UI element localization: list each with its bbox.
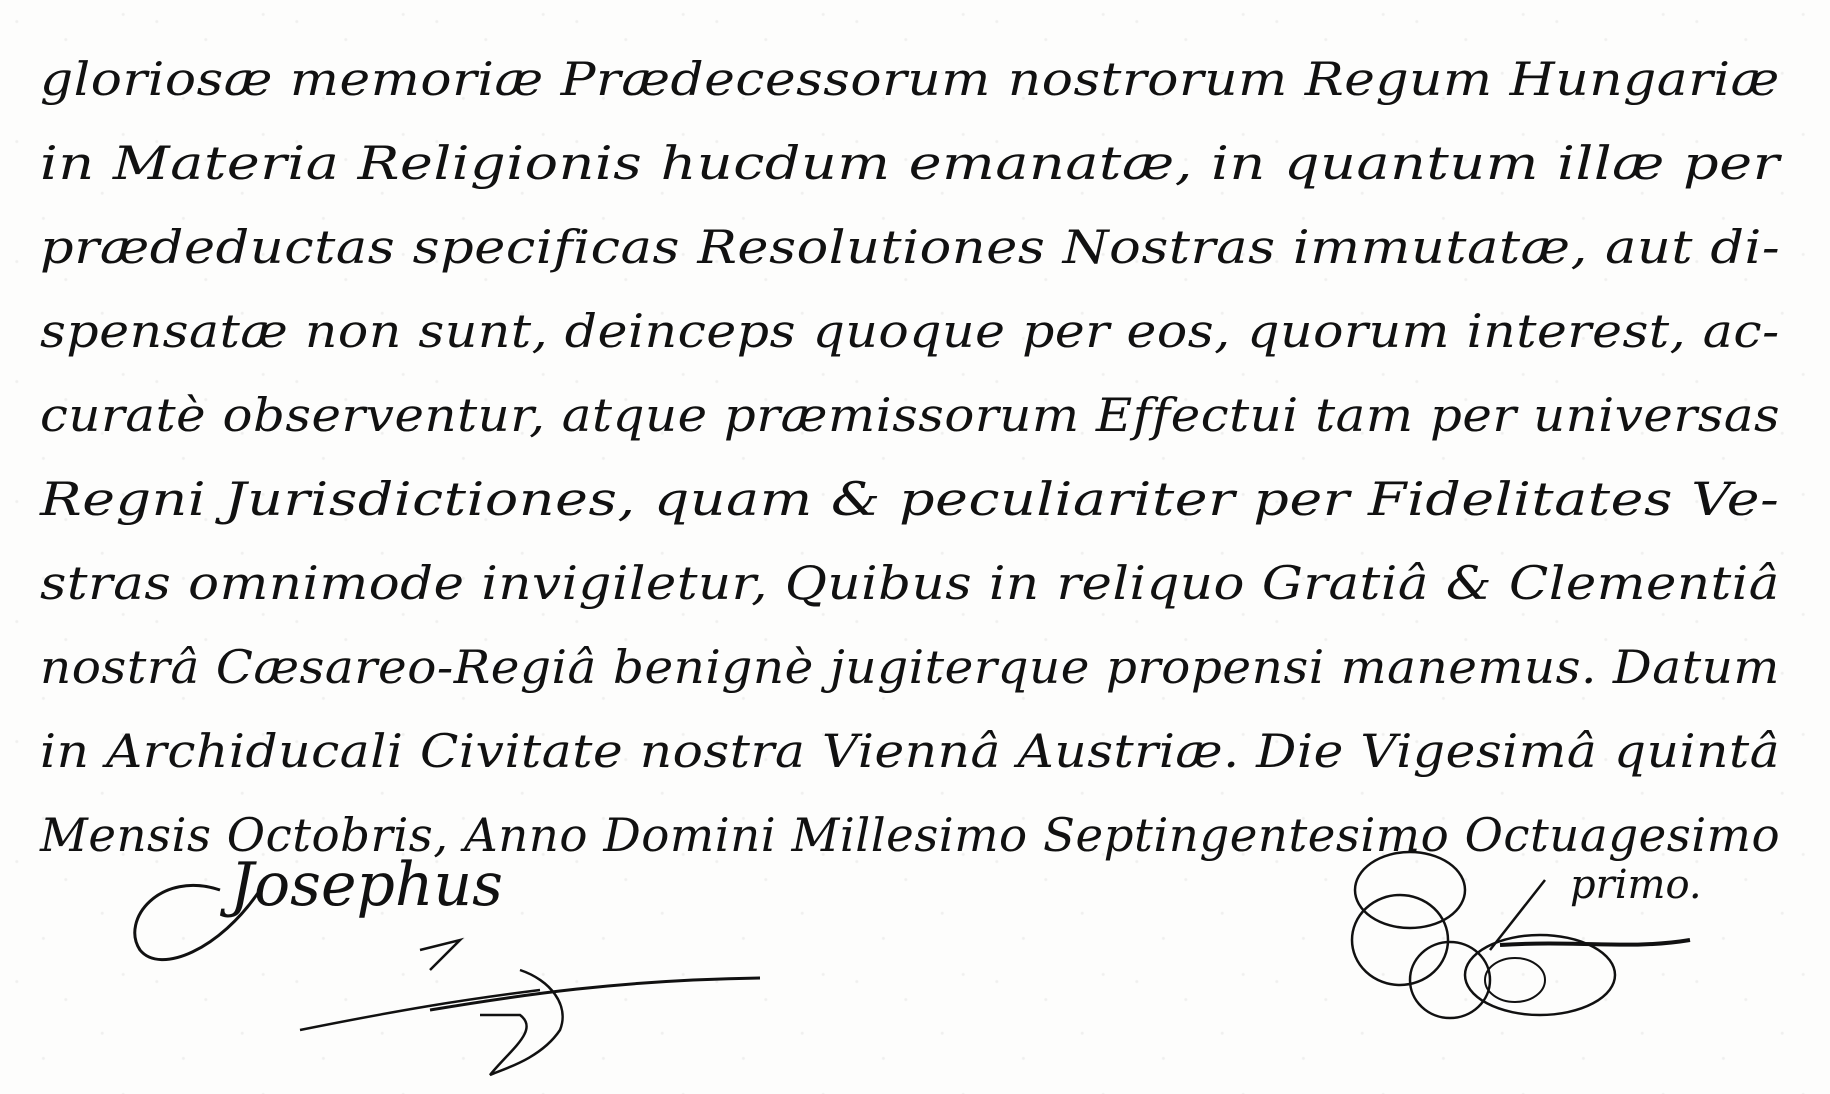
text-line-1: gloriosæ memoriæ Prædecessorum nostrorum… xyxy=(40,52,1780,106)
text-line-2: in Materia Religionis hucdum emanatæ, in… xyxy=(40,136,1780,190)
text-line-9: in Archiducali Civitate nostra Viennâ Au… xyxy=(40,724,1780,778)
signature-josephus: Josephus xyxy=(100,830,820,1080)
paraph-loops-icon xyxy=(1340,840,1790,1040)
document-page: gloriosæ memoriæ Prædecessorum nostrorum… xyxy=(0,0,1830,1094)
closing-word-primo: primo. xyxy=(1570,862,1702,908)
text-line-3: prædeductas specificas Resolutiones Nost… xyxy=(40,220,1780,274)
text-line-6: Regni Jurisdictiones, quam & peculiarite… xyxy=(40,472,1779,526)
text-line-4: spensatæ non sunt, deinceps quoque per e… xyxy=(40,304,1780,358)
text-line-7: stras omnimode invigiletur, Quibus in re… xyxy=(40,556,1780,610)
signature-left-name: Josephus xyxy=(230,850,503,920)
signature-paraph: primo. xyxy=(1340,840,1790,1040)
text-line-5: curatè observentur, atque præmissorum Ef… xyxy=(40,388,1780,442)
text-line-8: nostrâ Cæsareo-Regiâ benignè jugiterque … xyxy=(40,640,1780,694)
